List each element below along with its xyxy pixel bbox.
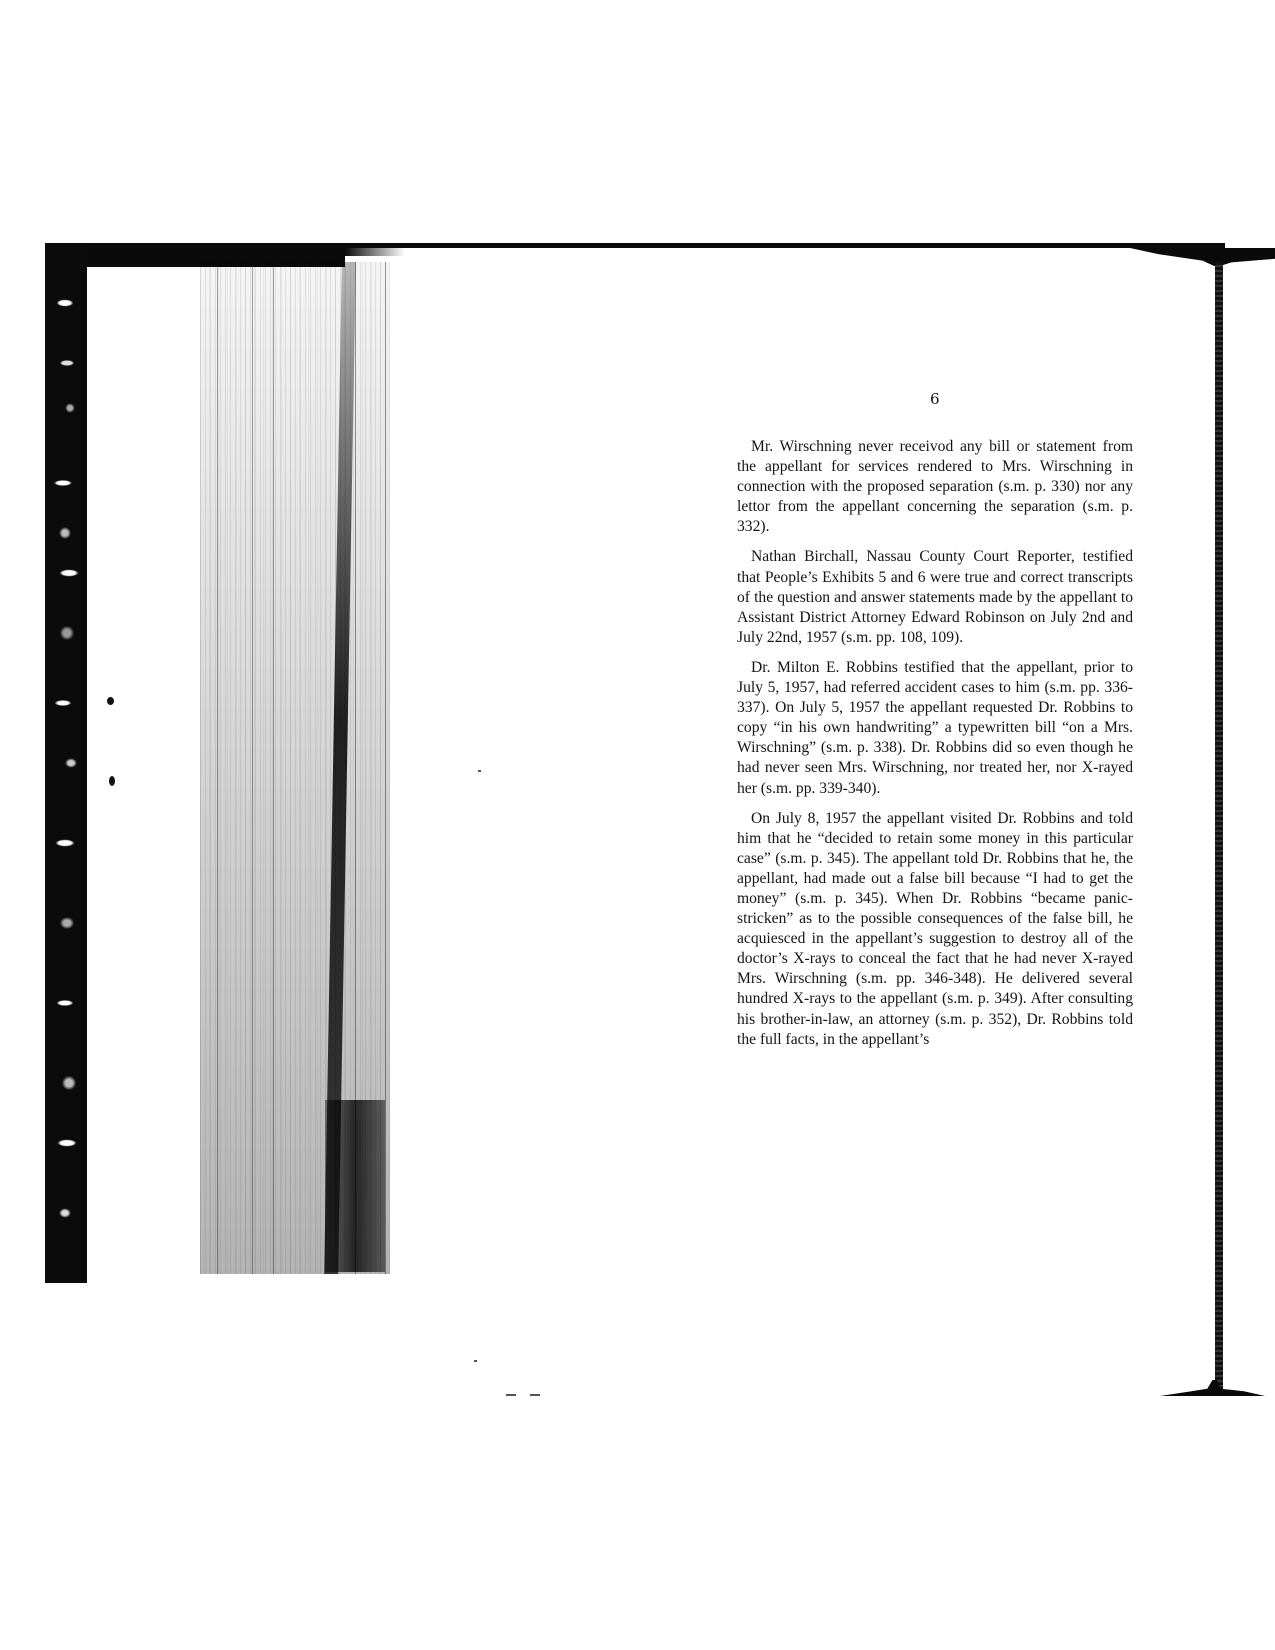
- top-cover-edge-fade: [345, 246, 405, 256]
- right-binding-edge: [1215, 262, 1223, 1392]
- scan-speck: [474, 1360, 477, 1362]
- gutter-streak: [273, 262, 274, 1274]
- gutter-streak: [385, 262, 386, 1274]
- gutter-streak: [252, 262, 253, 1274]
- scan-speck: [506, 1394, 516, 1396]
- right-binding-top-flare: [1130, 248, 1275, 266]
- gutter-streak: [217, 262, 218, 1274]
- punch-hole-mark: [107, 697, 114, 705]
- gutter-dark-band: [325, 1100, 385, 1272]
- page-body: Mr. Wirschning never receivod any bill o…: [737, 437, 1133, 1060]
- paragraph: On July 8, 1957 the appellant visited Dr…: [737, 809, 1133, 1050]
- right-binding-bottom-flare: [1160, 1380, 1265, 1396]
- marbled-cover-strip: [45, 243, 87, 1283]
- paragraph: Dr. Milton E. Robbins testified that the…: [737, 658, 1133, 799]
- scan-speck: [530, 1394, 540, 1396]
- page-number: 6: [930, 390, 940, 408]
- scanned-spread: 6 Mr. Wirschning never receivod any bill…: [0, 0, 1275, 1650]
- paragraph: Nathan Birchall, Nassau County Court Re­…: [737, 547, 1133, 647]
- paragraph: Mr. Wirschning never receivod any bill o…: [737, 437, 1133, 537]
- punch-hole-mark: [109, 776, 115, 786]
- scan-speck: [478, 770, 481, 772]
